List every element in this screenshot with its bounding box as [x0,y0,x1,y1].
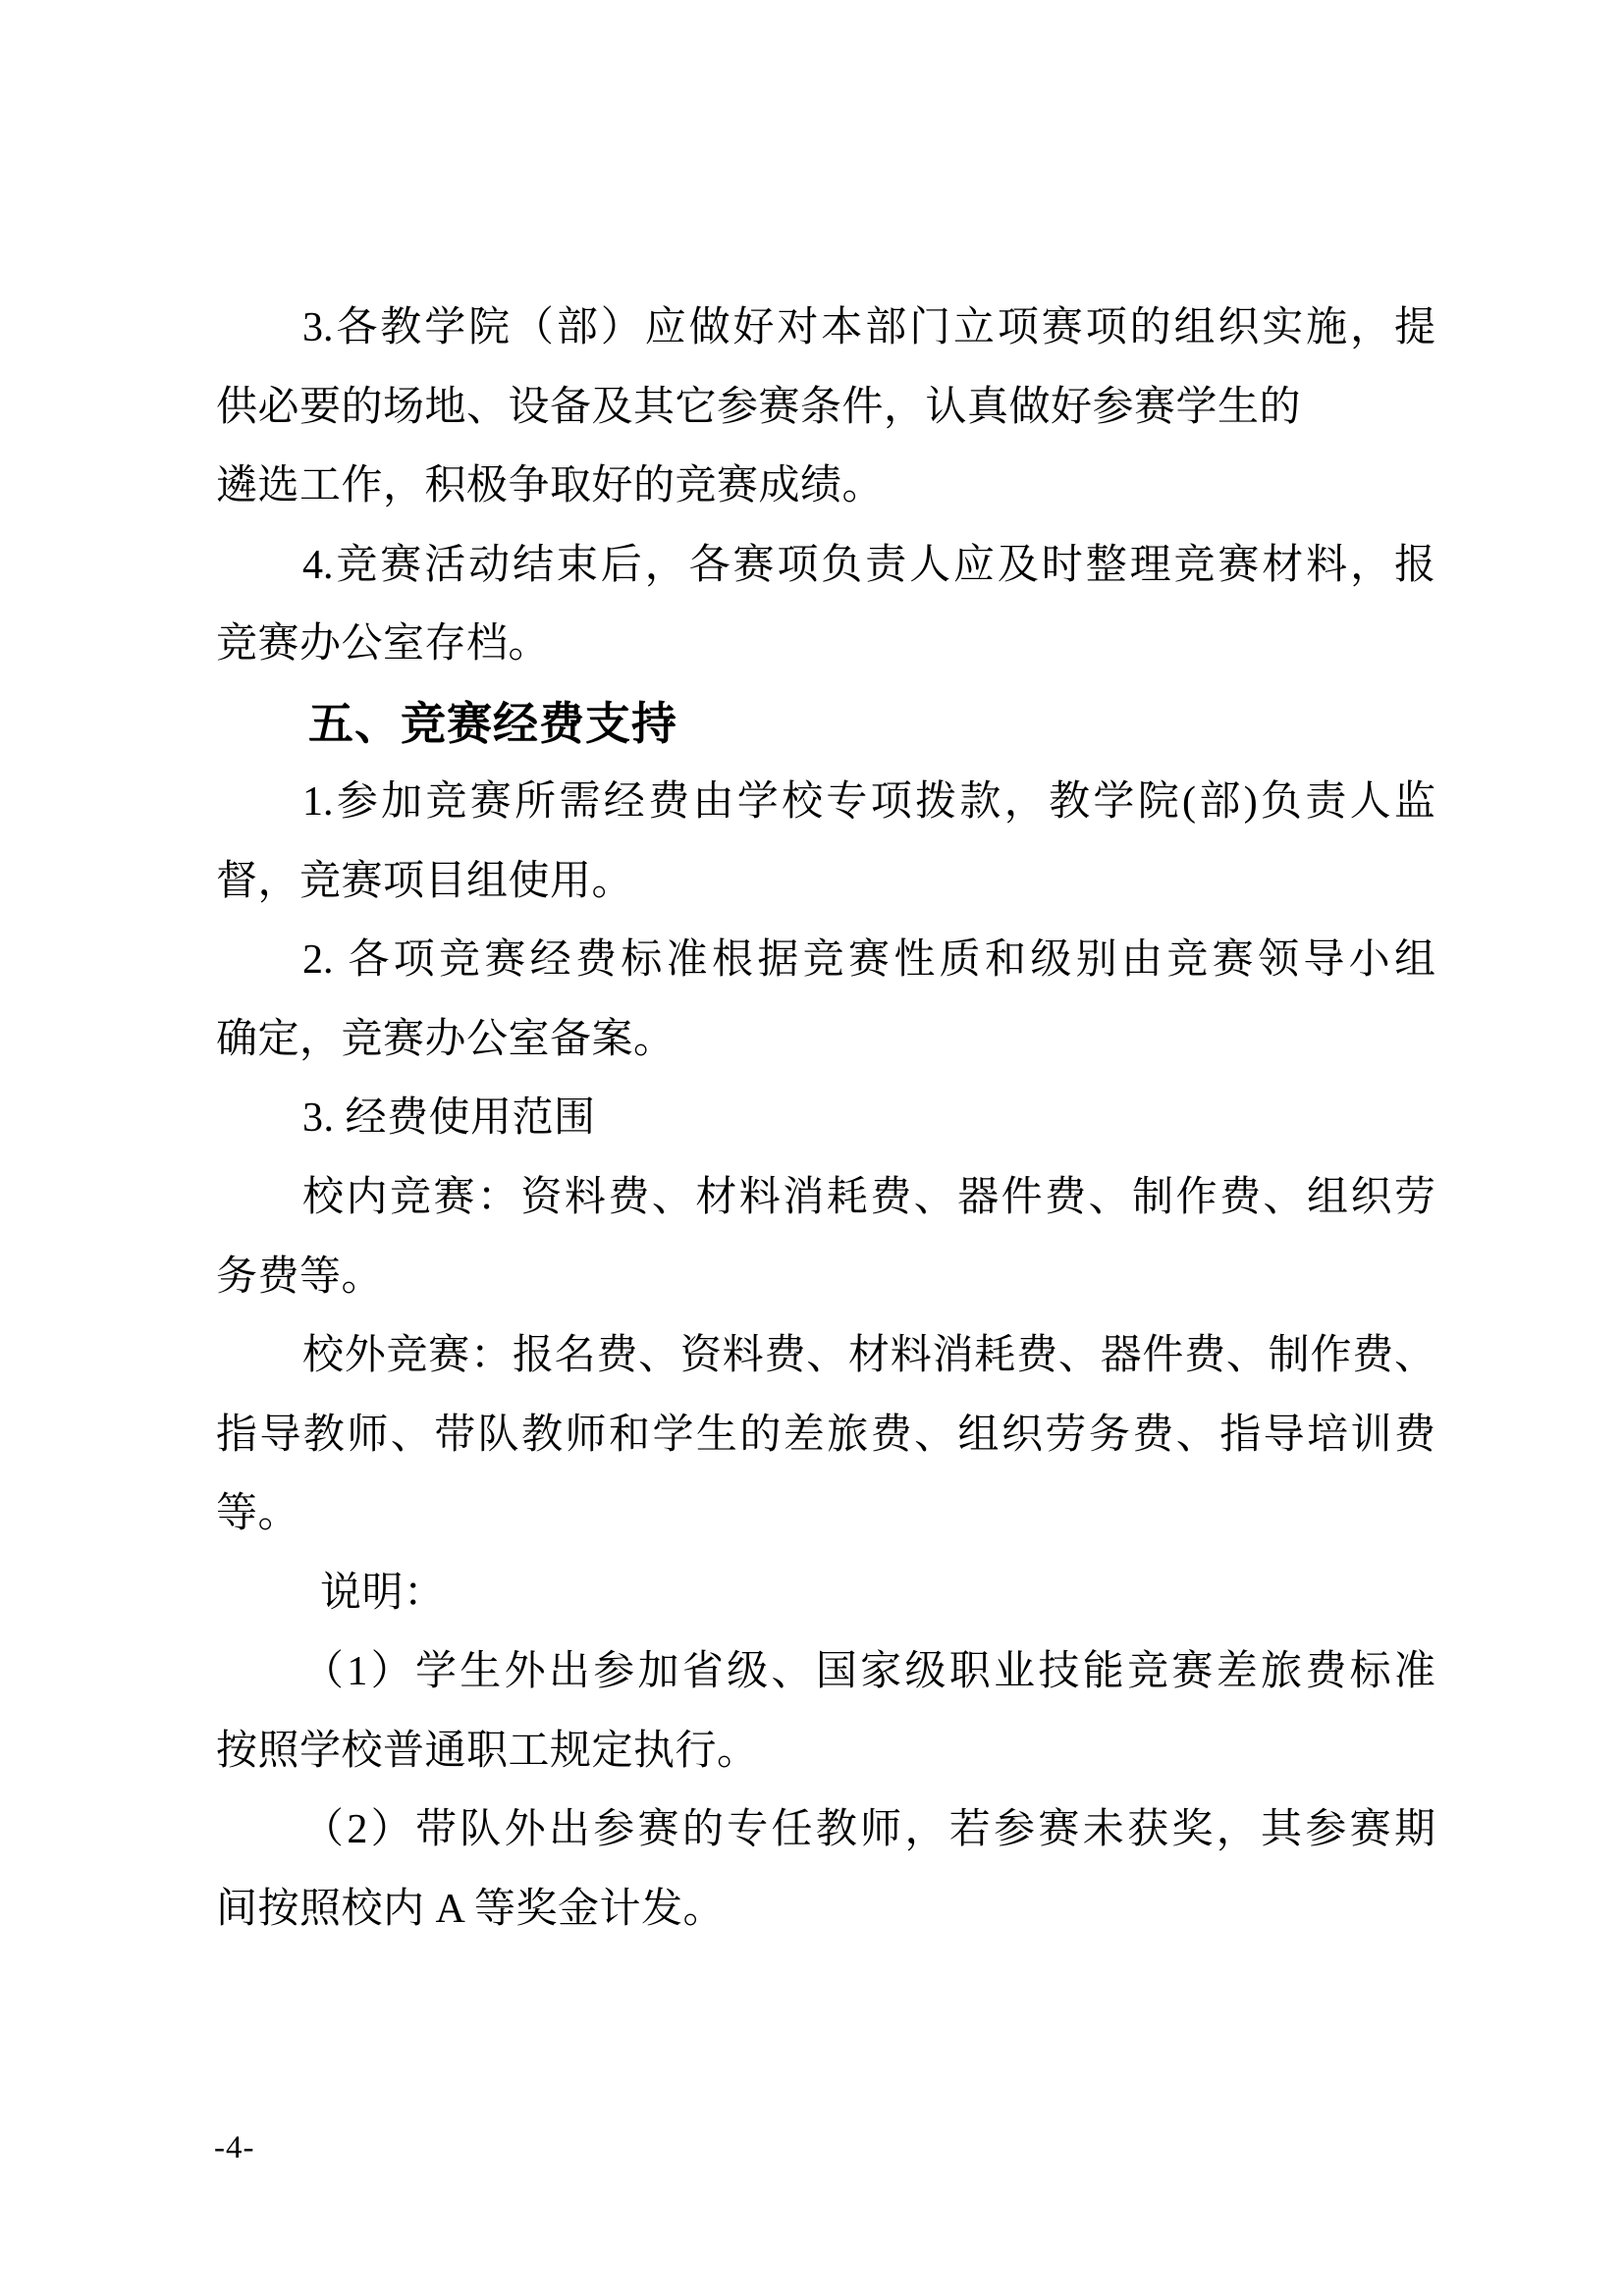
text-line: 按照学校普通职工规定执行。 [216,1712,1435,1791]
section-heading: 五、竞赛经费支持 [216,684,1435,764]
text-line: 确定，竞赛办公室备案。 [216,1000,1435,1080]
text-line: 供必要的场地、设备及其它参赛条件，认真做好参赛学生的 [216,368,1435,448]
text-line: 1.参加竞赛所需经费由学校专项拨款，教学院(部)负责人监 [216,763,1435,842]
text-line: （2）带队外出参赛的专任教师，若参赛未获奖，其参赛期 [216,1790,1435,1870]
document-body: 3.各教学院（部）应做好对本部门立项赛项的组织实施，提供必要的场地、设备及其它参… [216,289,1435,1949]
page-number: -4- [214,2128,254,2167]
text-line: 竞赛办公室存档。 [216,605,1435,684]
text-line: 说明： [216,1554,1435,1633]
text-line: 校内竞赛：资料费、材料消耗费、器件费、制作费、组织劳 [216,1158,1435,1238]
text-line: 遴选工作，积极争取好的竞赛成绩。 [216,447,1435,526]
text-line: 指导教师、带队教师和学生的差旅费、组织劳务费、指导培训费 [216,1396,1435,1475]
text-line: 4.竞赛活动结束后，各赛项负责人应及时整理竞赛材料，报 [216,526,1435,606]
text-line: 3.各教学院（部）应做好对本部门立项赛项的组织实施，提 [216,289,1435,368]
text-line: 3. 经费使用范围 [216,1079,1435,1158]
document-page: 3.各教学院（部）应做好对本部门立项赛项的组织实施，提供必要的场地、设备及其它参… [0,0,1623,2296]
text-line: （1）学生外出参加省级、国家级职业技能竞赛差旅费标准 [216,1632,1435,1712]
text-line: 务费等。 [216,1238,1435,1317]
text-line: 间按照校内 A 等奖金计发。 [216,1870,1435,1949]
text-line: 督，竞赛项目组使用。 [216,842,1435,922]
text-line: 2. 各项竞赛经费标准根据竞赛性质和级别由竞赛领导小组 [216,921,1435,1000]
text-line: 等。 [216,1474,1435,1554]
text-line: 校外竞赛：报名费、资料费、材料消耗费、器件费、制作费、 [216,1316,1435,1396]
